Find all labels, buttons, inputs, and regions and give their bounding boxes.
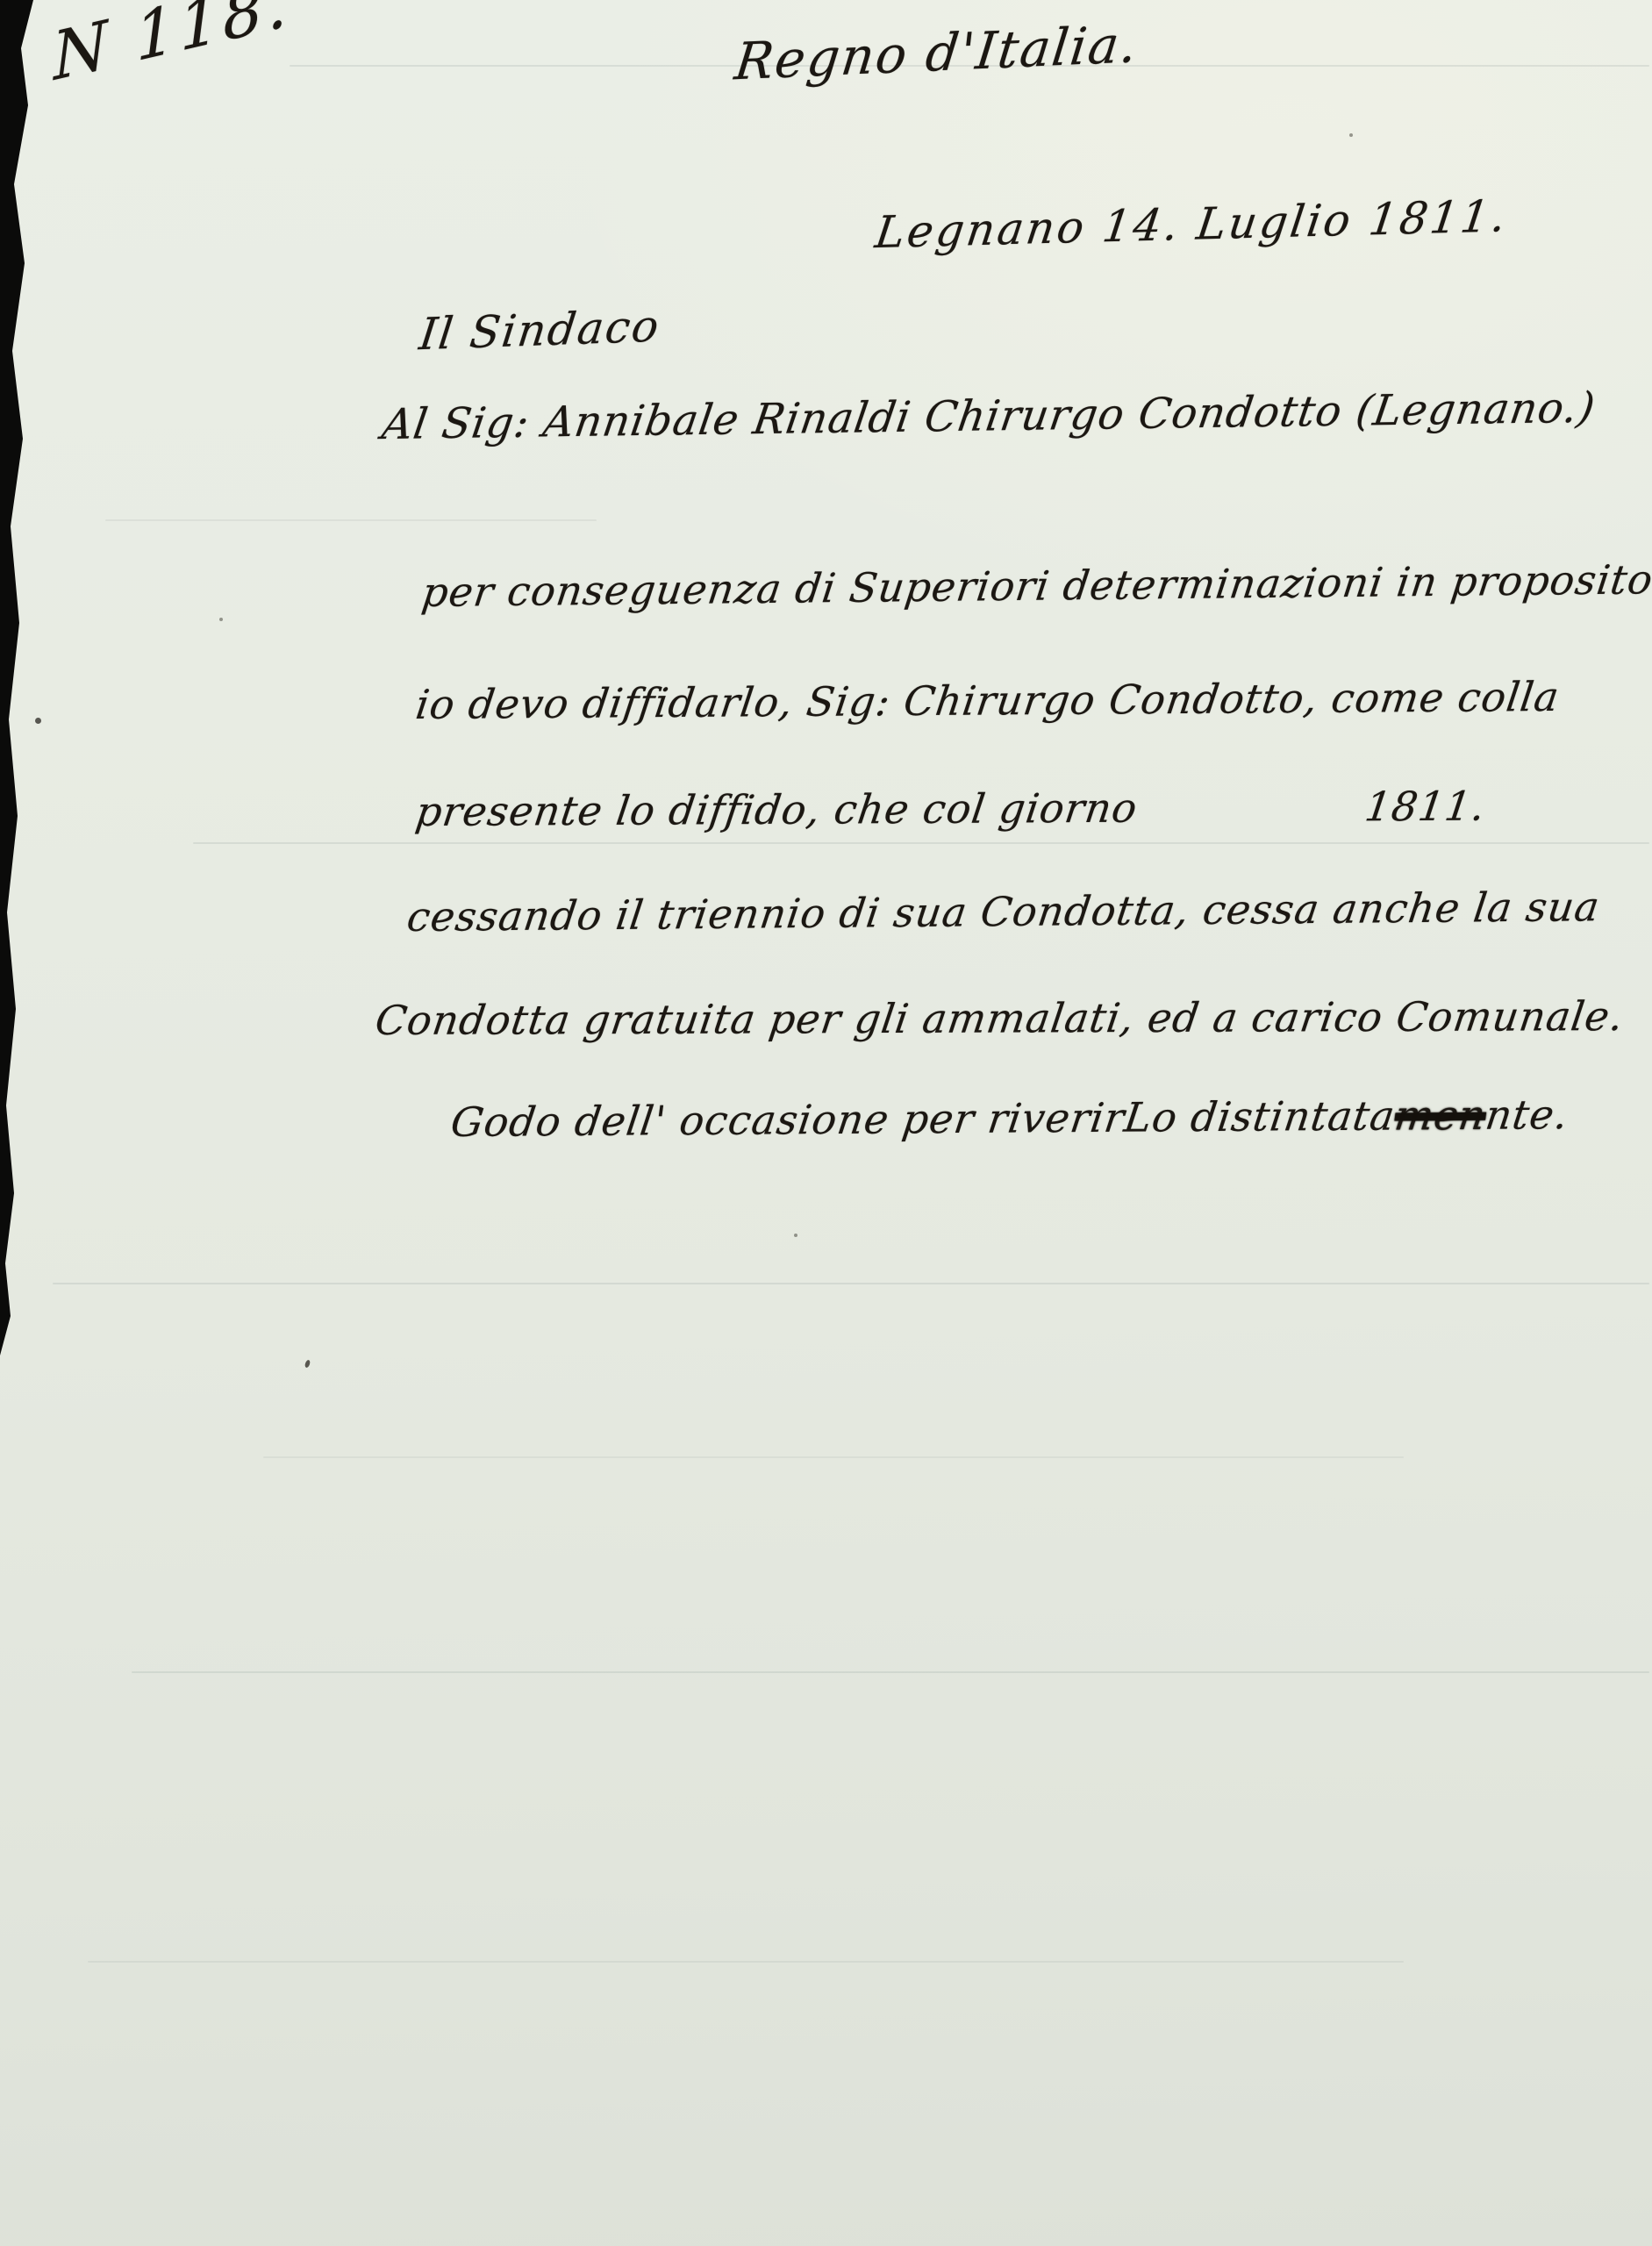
letter-header: Regno d'Italia. xyxy=(732,14,1141,91)
letter-sender: Il Sindaco xyxy=(417,300,663,360)
letter-dateline: Legnano 14. Luglio 1811. xyxy=(872,190,1511,258)
body-line-year: 1811. xyxy=(1362,783,1489,831)
body-line: per conseguenza di Superiori determinazi… xyxy=(419,555,1652,616)
scan-line xyxy=(53,1283,1649,1284)
body-line: presente lo diffido, che col giorno 1811… xyxy=(413,782,1551,835)
paper-speck xyxy=(35,718,41,724)
paper-speck xyxy=(794,1234,797,1237)
scan-line xyxy=(132,1671,1649,1673)
torn-edge xyxy=(0,0,53,1369)
letter-recipient: Al Sig: Annibale Rinaldi Chirurgo Condot… xyxy=(379,383,1598,449)
body-line: io devo diffidarlo, Sig: Chirurgo Condot… xyxy=(413,673,1563,728)
scan-line xyxy=(105,519,597,521)
body-line-text: presente lo diffido, che col giorno xyxy=(413,784,1141,835)
closing-prefix: Godo dell' occasione per riverirLo disti… xyxy=(448,1091,1398,1146)
scan-line xyxy=(88,1961,1404,1963)
scan-line xyxy=(263,1456,1404,1458)
scan-line xyxy=(193,842,1649,844)
closing-strikethrough: men xyxy=(1392,1091,1490,1140)
body-line: Condotta gratuita per gli ammalati, ed a… xyxy=(373,992,1627,1044)
document-page: N 118. Regno d'Italia. Legnano 14. Lugli… xyxy=(0,0,1652,2246)
paper-speck xyxy=(219,618,223,621)
closing-line: Godo dell' occasione per riverirLo disti… xyxy=(448,1091,1571,1146)
paper-speck xyxy=(1349,133,1353,137)
paper-speck xyxy=(304,1359,311,1368)
closing-suffix: nte. xyxy=(1483,1091,1571,1139)
body-line: cessando il triennio di sua Condotta, ce… xyxy=(404,883,1603,941)
docket-number: N 118. xyxy=(51,0,292,96)
